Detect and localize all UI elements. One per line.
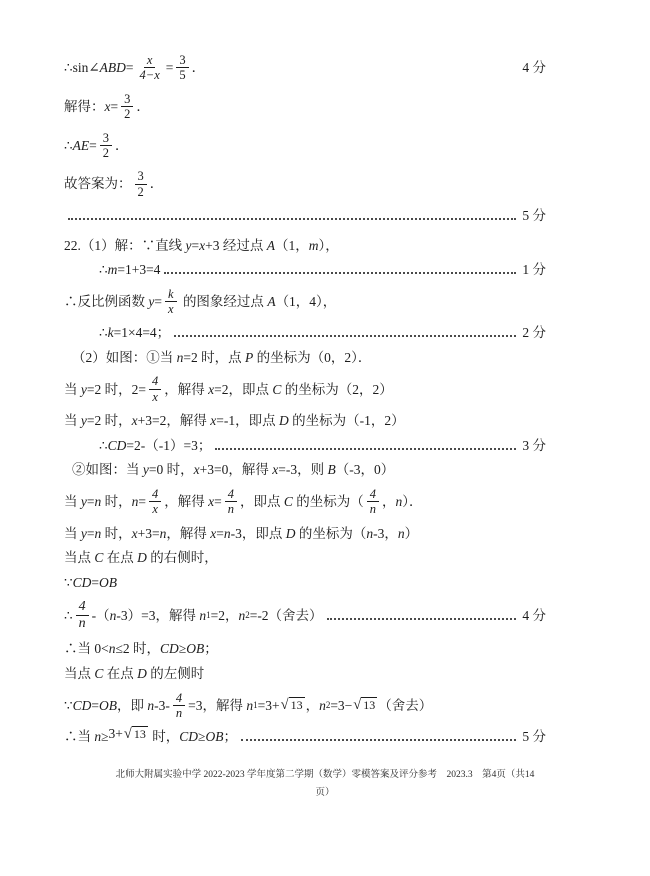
text-segment: =	[214, 493, 222, 511]
text-segment: 当	[64, 381, 81, 399]
text-segment: OB	[205, 728, 223, 746]
square-root: √13	[281, 697, 305, 714]
text-segment: ∴	[99, 324, 108, 342]
text-segment: ）	[405, 525, 419, 543]
text-segment: A	[267, 237, 275, 255]
document-page: ∴sin∠ABD=x4−x=35．4 分解得：x=32．∴AE=32．故答案为：…	[0, 0, 650, 876]
text-segment: =	[192, 237, 200, 255]
square-root: √13	[353, 697, 377, 714]
radical-sign: √	[353, 697, 361, 714]
text-segment: =	[154, 293, 162, 311]
text-segment: =3−	[330, 697, 352, 715]
fraction: 4n	[173, 691, 185, 721]
text-segment: 当点	[64, 549, 94, 567]
text-segment: ，解得	[164, 493, 208, 511]
text-segment: =-3，则	[278, 461, 327, 479]
text-segment: =	[89, 137, 97, 155]
text-segment: 在点	[103, 549, 137, 567]
text-segment: D	[137, 549, 147, 567]
text-segment: ，解得	[164, 381, 208, 399]
text-segment: D	[137, 665, 147, 683]
text-segment: CD	[73, 697, 92, 715]
text-line: 5 分	[64, 207, 546, 225]
text-segment: =	[91, 697, 99, 715]
text-segment: ≤2 时，	[116, 640, 161, 658]
fraction-numerator: x	[144, 53, 156, 68]
text-segment: -（	[92, 607, 110, 625]
text-segment: n	[319, 697, 326, 715]
fraction-numerator: 3	[176, 53, 188, 68]
text-line: ∴4n-（n-3）=3，解得 n1=2，n2=-2（舍去）4 分	[64, 598, 546, 633]
text-segment: n	[396, 493, 403, 511]
text-segment: =2，	[211, 607, 239, 625]
text-segment: -3，	[373, 525, 398, 543]
text-segment: ．	[150, 175, 164, 193]
text-line: 当点 C 在点 D 的左侧时	[64, 665, 546, 683]
text-segment: OB	[99, 574, 117, 592]
text-segment: +3=0，解得	[200, 461, 273, 479]
text-segment: C	[94, 665, 103, 683]
text-segment: D	[279, 412, 289, 430]
fraction-denominator: 2	[135, 185, 147, 199]
text-segment: -3）=3，解得	[116, 607, 199, 625]
score-label: 5 分	[522, 728, 546, 746]
fraction-denominator: x	[149, 390, 161, 404]
text-segment: =	[216, 525, 224, 543]
fraction: kx	[165, 287, 177, 317]
text-segment: =2-（-1）=3；	[126, 437, 211, 455]
text-segment: OB	[99, 697, 117, 715]
text-segment: CD	[73, 574, 92, 592]
radicand: 13	[289, 697, 305, 713]
text-segment: 当	[64, 493, 81, 511]
fraction-numerator: k	[165, 287, 177, 302]
fraction: 4n	[367, 487, 379, 517]
text-segment: ．	[136, 98, 150, 116]
fraction-denominator: 5	[176, 68, 188, 82]
text-segment: n	[95, 525, 102, 543]
text-segment: 的坐标为（	[295, 525, 366, 543]
text-segment: -3-	[154, 697, 170, 715]
text-segment: +3 经过点	[205, 237, 267, 255]
score-label: 4 分	[522, 607, 546, 625]
text-segment: =	[87, 493, 95, 511]
text-segment: D	[286, 525, 296, 543]
text-segment: =1×4=4；	[114, 324, 171, 342]
text-segment: CD	[160, 640, 179, 658]
text-line: 解得：x=32．	[64, 91, 546, 123]
text-line: ∴反比例函数 y=kx 的图象经过点 A（1，4），	[64, 286, 546, 318]
text-segment: A	[267, 293, 275, 311]
text-segment: OB	[186, 640, 204, 658]
text-segment: ∴	[64, 137, 73, 155]
fraction-numerator: 4	[225, 487, 237, 502]
text-segment: 当	[64, 412, 81, 430]
text-segment: 22.（1）解：∵直线	[64, 237, 186, 255]
text-segment: =2，即点	[214, 381, 272, 399]
text-segment: ∵	[64, 697, 73, 715]
fraction-denominator: n	[225, 502, 237, 516]
fraction: 32	[100, 131, 112, 161]
fraction-numerator: 4	[149, 374, 161, 389]
radicand: 13	[132, 726, 148, 742]
text-segment: n	[109, 640, 116, 658]
text-segment: CD	[108, 437, 127, 455]
text-segment: ．	[192, 59, 206, 77]
text-line: 当 y=2 时，2=4x，解得 x=2，即点 C 的坐标为（2，2）	[64, 373, 546, 405]
text-line: （2）如图：①当 n=2 时，点 P 的坐标为（0，2）．	[72, 349, 546, 367]
text-segment: 的左侧时	[147, 665, 204, 683]
text-segment: 的右侧时，	[147, 549, 218, 567]
text-segment: m	[309, 237, 319, 255]
text-segment: n	[224, 525, 231, 543]
text-segment: B	[327, 461, 335, 479]
text-segment: n	[132, 493, 139, 511]
fraction-numerator: 3	[121, 92, 133, 107]
text-segment: 的坐标为（-1，2）	[289, 412, 405, 430]
text-segment: 故答案为：	[64, 175, 132, 193]
score-label: 2 分	[522, 324, 546, 342]
fraction-denominator: n	[173, 706, 185, 720]
footer-line-1: 北师大附属实验中学 2022-2023 学年度第二学期（数学）零模答案及评分参考…	[0, 766, 650, 784]
text-segment: -3，即点	[231, 525, 286, 543]
text-line: 当 y=2 时，x+3=2，解得 x=-1，即点 D 的坐标为（-1，2）	[64, 412, 546, 430]
text-segment: =	[138, 493, 146, 511]
dotted-leader	[174, 335, 516, 337]
text-segment: =	[87, 525, 95, 543]
text-line: 22.（1）解：∵直线 y=x+3 经过点 A（1，m），	[64, 237, 546, 255]
text-segment: C	[94, 549, 103, 567]
text-segment: ∴反比例函数	[64, 293, 148, 311]
text-segment: =	[91, 574, 99, 592]
dotted-leader	[215, 448, 516, 450]
text-segment: ．	[115, 137, 129, 155]
text-segment: 当	[64, 525, 81, 543]
text-segment: n	[177, 349, 184, 367]
text-segment: 的图象经过点	[180, 293, 268, 311]
text-segment: ≥	[101, 728, 108, 746]
text-segment: ，即点	[240, 493, 284, 511]
text-line: ∴当 n≥3+√13 时，CD≥OB；5 分	[64, 728, 546, 746]
fraction-numerator: 4	[76, 599, 89, 616]
text-segment: ∴	[99, 437, 108, 455]
text-segment: CD	[179, 728, 198, 746]
text-segment: =-1，即点	[216, 412, 279, 430]
text-line: 当 y=n 时，n=4x，解得 x=4n，即点 C 的坐标为（4n，n）．	[64, 486, 546, 518]
dotted-leader	[164, 272, 516, 274]
text-line: ∴m=1+3=41 分	[99, 261, 546, 279]
text-segment: ）．	[402, 493, 422, 511]
text-segment: =	[126, 59, 134, 77]
fraction-numerator: 3	[135, 169, 147, 184]
text-segment: =3，解得	[188, 697, 246, 715]
score-label: 1 分	[522, 261, 546, 279]
text-segment: 当点	[64, 665, 94, 683]
text-segment: ≥	[198, 728, 205, 746]
text-segment: ∴	[64, 607, 73, 625]
text-segment: 时，	[101, 525, 131, 543]
text-line: ∴sin∠ABD=x4−x=35．4 分	[64, 52, 546, 84]
text-segment: 在点	[103, 665, 137, 683]
text-segment: ∴	[99, 261, 108, 279]
text-segment: （1，4），	[276, 293, 337, 311]
text-line: 故答案为：32．	[64, 168, 546, 200]
text-line: ∵CD=OB	[64, 574, 546, 592]
text-segment: 的坐标为（0，2）．	[253, 349, 371, 367]
text-segment: ≥	[179, 640, 186, 658]
text-segment: =-2（舍去）	[250, 607, 323, 625]
text-segment: =	[166, 59, 174, 77]
fraction-numerator: 4	[173, 691, 185, 706]
text-segment: =	[111, 98, 119, 116]
fraction-denominator: 2	[121, 107, 133, 121]
text-segment: ，即	[117, 697, 147, 715]
fraction-denominator: n	[76, 616, 89, 632]
page-footer: 北师大附属实验中学 2022-2023 学年度第二学期（数学）零模答案及评分参考…	[0, 766, 650, 802]
document-lines: ∴sin∠ABD=x4−x=35．4 分解得：x=32．∴AE=32．故答案为：…	[64, 52, 546, 746]
text-line: ∴AE=32．	[64, 130, 546, 162]
fraction: x4−x	[137, 53, 163, 83]
text-segment: ②如图：当	[72, 461, 143, 479]
text-segment: n	[110, 607, 117, 625]
fraction: 32	[135, 169, 147, 199]
text-segment: n	[160, 525, 167, 543]
dotted-leader	[68, 218, 516, 220]
text-segment: ，解得	[166, 525, 210, 543]
text-line: ∴当 0<n≤2 时，CD≥OB；	[64, 640, 546, 658]
text-segment: n	[246, 697, 253, 715]
text-segment: =3+	[258, 697, 280, 715]
text-segment: 的坐标为（	[293, 493, 364, 511]
text-segment: C	[272, 381, 281, 399]
score-label: 5 分	[522, 207, 546, 225]
text-line: ∴k=1×4=4；2 分	[99, 324, 546, 342]
fraction: 4x	[149, 487, 161, 517]
fraction: 4n	[225, 487, 237, 517]
text-segment: n	[238, 607, 245, 625]
fraction: 4n	[76, 599, 89, 632]
text-segment: n	[398, 525, 405, 543]
score-label: 4 分	[522, 59, 546, 77]
text-segment: n	[199, 607, 206, 625]
text-segment: ，	[306, 697, 320, 715]
fraction-numerator: 4	[149, 487, 161, 502]
text-segment: +3=	[138, 525, 160, 543]
text-line: ∵CD=OB，即 n-3-4n=3，解得 n1=3+√13，n2=3−√13（舍…	[64, 690, 546, 722]
fraction-denominator: x	[165, 302, 177, 316]
text-segment: （2）如图：①当	[72, 349, 177, 367]
text-segment: ∴当	[64, 728, 94, 746]
text-segment: ；	[204, 640, 218, 658]
text-segment: ABD	[100, 59, 126, 77]
text-line: 当点 C 在点 D 的右侧时，	[64, 549, 546, 567]
square-root: √13	[124, 726, 148, 743]
fraction-denominator: 4−x	[137, 68, 163, 82]
text-segment: （舍去）	[378, 697, 432, 715]
text-segment: （1，	[275, 237, 309, 255]
fraction-denominator: 2	[100, 146, 112, 160]
text-segment: 解得：	[64, 98, 105, 116]
text-segment: n	[366, 525, 373, 543]
text-segment: ∵	[64, 574, 73, 592]
text-segment: =2 时，点	[183, 349, 245, 367]
text-line: 当 y=n 时，x+3=n，解得 x=n-3，即点 D 的坐标为（n-3，n）	[64, 525, 546, 543]
text-segment: ），	[319, 237, 339, 255]
text-segment: n	[95, 493, 102, 511]
text-segment: +3=2，解得	[138, 412, 211, 430]
score-label: 3 分	[522, 437, 546, 455]
fraction-denominator: n	[367, 502, 379, 516]
text-segment: 时，	[101, 493, 131, 511]
text-line: ∴CD=2-（-1）=3；3 分	[99, 437, 546, 455]
text-segment: =1+3=4	[117, 261, 160, 279]
text-segment: =0 时，	[149, 461, 194, 479]
text-segment: m	[108, 261, 118, 279]
fraction-denominator: x	[149, 502, 161, 516]
text-segment: n	[94, 728, 101, 746]
dotted-leader	[241, 739, 516, 741]
footer-line-2: 页）	[0, 784, 650, 802]
radical-sign: √	[124, 726, 132, 743]
text-segment: =2 时，	[87, 412, 132, 430]
text-segment: 的坐标为（2，2）	[281, 381, 392, 399]
text-segment: ∴当 0<	[64, 640, 109, 658]
text-segment: AE	[73, 137, 90, 155]
text-line: ②如图：当 y=0 时，x+3=0，解得 x=-3，则 B（-3，0）	[72, 461, 546, 479]
text-segment: （-3，0）	[336, 461, 395, 479]
text-segment: =2 时，2=	[87, 381, 146, 399]
text-segment: P	[245, 349, 253, 367]
radical-sign: √	[281, 697, 289, 714]
text-segment: ∴sin∠	[64, 59, 100, 77]
fraction: 35	[176, 53, 188, 83]
fraction-numerator: 4	[367, 487, 379, 502]
radicand: 13	[361, 697, 377, 713]
text-segment: ，	[382, 493, 396, 511]
text-segment: ；	[223, 728, 237, 746]
fraction-numerator: 3	[100, 131, 112, 146]
dotted-leader	[327, 618, 517, 620]
fraction: 32	[121, 92, 133, 122]
text-segment: 时，	[149, 728, 179, 746]
text-segment: 3+	[109, 725, 123, 743]
text-segment: n	[147, 697, 154, 715]
text-segment: C	[284, 493, 293, 511]
fraction: 4x	[149, 374, 161, 404]
